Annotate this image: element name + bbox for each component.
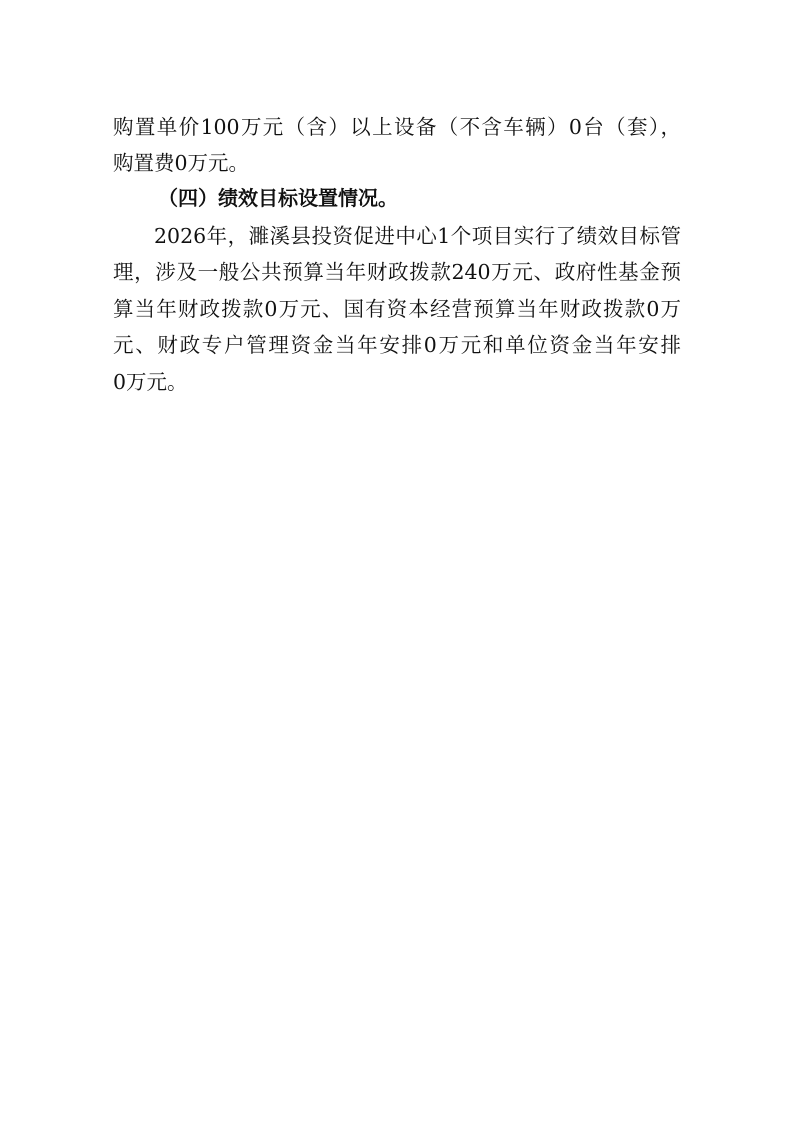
section-heading: （四）绩效目标设置情况。 (158, 186, 685, 210)
paragraph-line: 元、财政专户管理资金当年安排0万元和单位资金当年安排 (113, 333, 681, 357)
paragraph-line: 购置单价100万元（含）以上设备（不含车辆）0台（套）， (113, 115, 681, 139)
paragraph-line: 2026年，濉溪县投资促进中心1个项目实行了绩效目标管 (154, 224, 681, 248)
paragraph-line: 0万元。 (113, 370, 681, 394)
paragraph-line: 算当年财政拨款0万元、国有资本经营预算当年财政拨款0万 (113, 297, 681, 321)
paragraph-line: 理，涉及一般公共预算当年财政拨款240万元、政府性基金预 (113, 260, 681, 284)
paragraph-line: 购置费0万元。 (113, 151, 681, 175)
